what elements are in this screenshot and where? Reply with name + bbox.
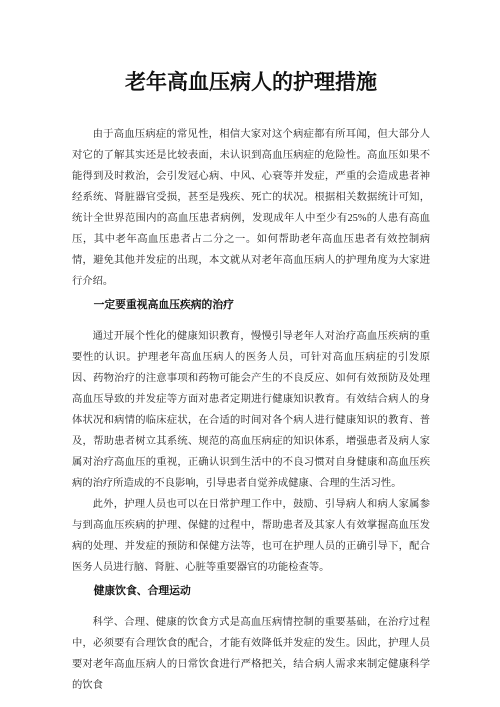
paragraph-diet: 科学、合理、健康的饮食方式是高血压病情控制的重要基础，在治疗过程中，必须要有合理… [72, 612, 430, 696]
paragraph-family-participation: 此外，护理人员也可以在日常护理工作中，鼓励、引导病人和病人家属参与到高血压疾病的… [72, 494, 430, 578]
document-title: 老年高血压病人的护理措施 [72, 68, 430, 98]
document-page: 老年高血压病人的护理措施 由于高血压病症的常见性，相信大家对这个病症都有所耳闻，… [0, 0, 500, 707]
paragraph-intro: 由于高血压病症的常见性，相信大家对这个病症都有所耳闻，但大部分人对它的了解其实还… [72, 124, 430, 292]
paragraph-health-education: 通过开展个性化的健康知识教育，慢慢引导老年人对治疗高血压疾病的重要性的认识。护理… [72, 326, 430, 494]
section-heading-treatment: 一定要重视高血压疾病的治疗 [72, 295, 430, 316]
section-heading-diet-exercise: 健康饮食、合理运动 [72, 581, 430, 602]
